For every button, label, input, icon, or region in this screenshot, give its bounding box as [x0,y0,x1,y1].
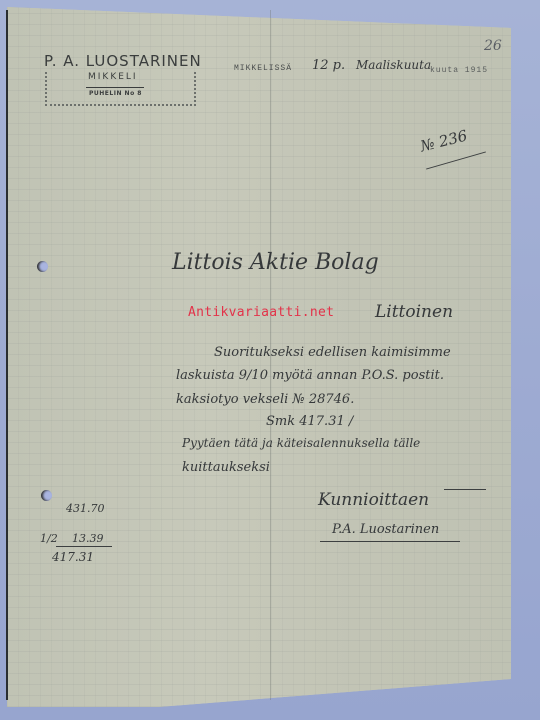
body-line-5: Pyytäen tätä ja käteisalennuksella tälle [182,436,420,450]
letterhead-city: MIKKELI [88,72,138,82]
letterhead-company: P. A. LUOSTARINEN [44,52,202,70]
dateline-place: MIKKELISSÄ [234,64,292,73]
dateline-month: Maaliskuuta [356,58,431,72]
calc-line-1: 431.70 [66,502,105,515]
signature: P.A. Luostarinen [332,522,439,537]
body-amount: Smk 417.31 / [266,414,353,429]
paper-edge [6,10,8,700]
dateline-day: 12 p. [312,58,345,73]
recipient-place: Littoinen [375,302,453,322]
letterhead-phone: PUHELIN No 8 [89,90,142,97]
calc-line-2: 13.39 [72,532,104,545]
body-line-2: laskuista 9/10 myötä annan P.O.S. postit… [176,368,444,383]
recipient-name: Littois Aktie Bolag [172,250,379,275]
corner-number: 26 [484,38,502,54]
body-line-6: kuittaukseksi [182,460,270,475]
signature-underline [320,541,460,542]
calc-total: 417.31 [52,550,94,564]
punch-hole-top [37,261,48,272]
closing-greeting: Kunnioittaen [318,490,429,510]
calc-rule [56,546,112,547]
calc-line-2-prefix: 1/2 [40,532,58,545]
body-line-1: Suoritukseksi edellisen kaimisimme [214,345,451,360]
punch-hole-bottom [41,490,52,501]
watermark: Antikvariaatti.net [188,305,334,320]
closing-overline [444,489,486,490]
dateline-year: kuuta 1915 [430,66,488,75]
letterhead-rule [86,87,144,88]
body-line-3: kaksiotyo vekseli № 28746. [176,392,354,407]
